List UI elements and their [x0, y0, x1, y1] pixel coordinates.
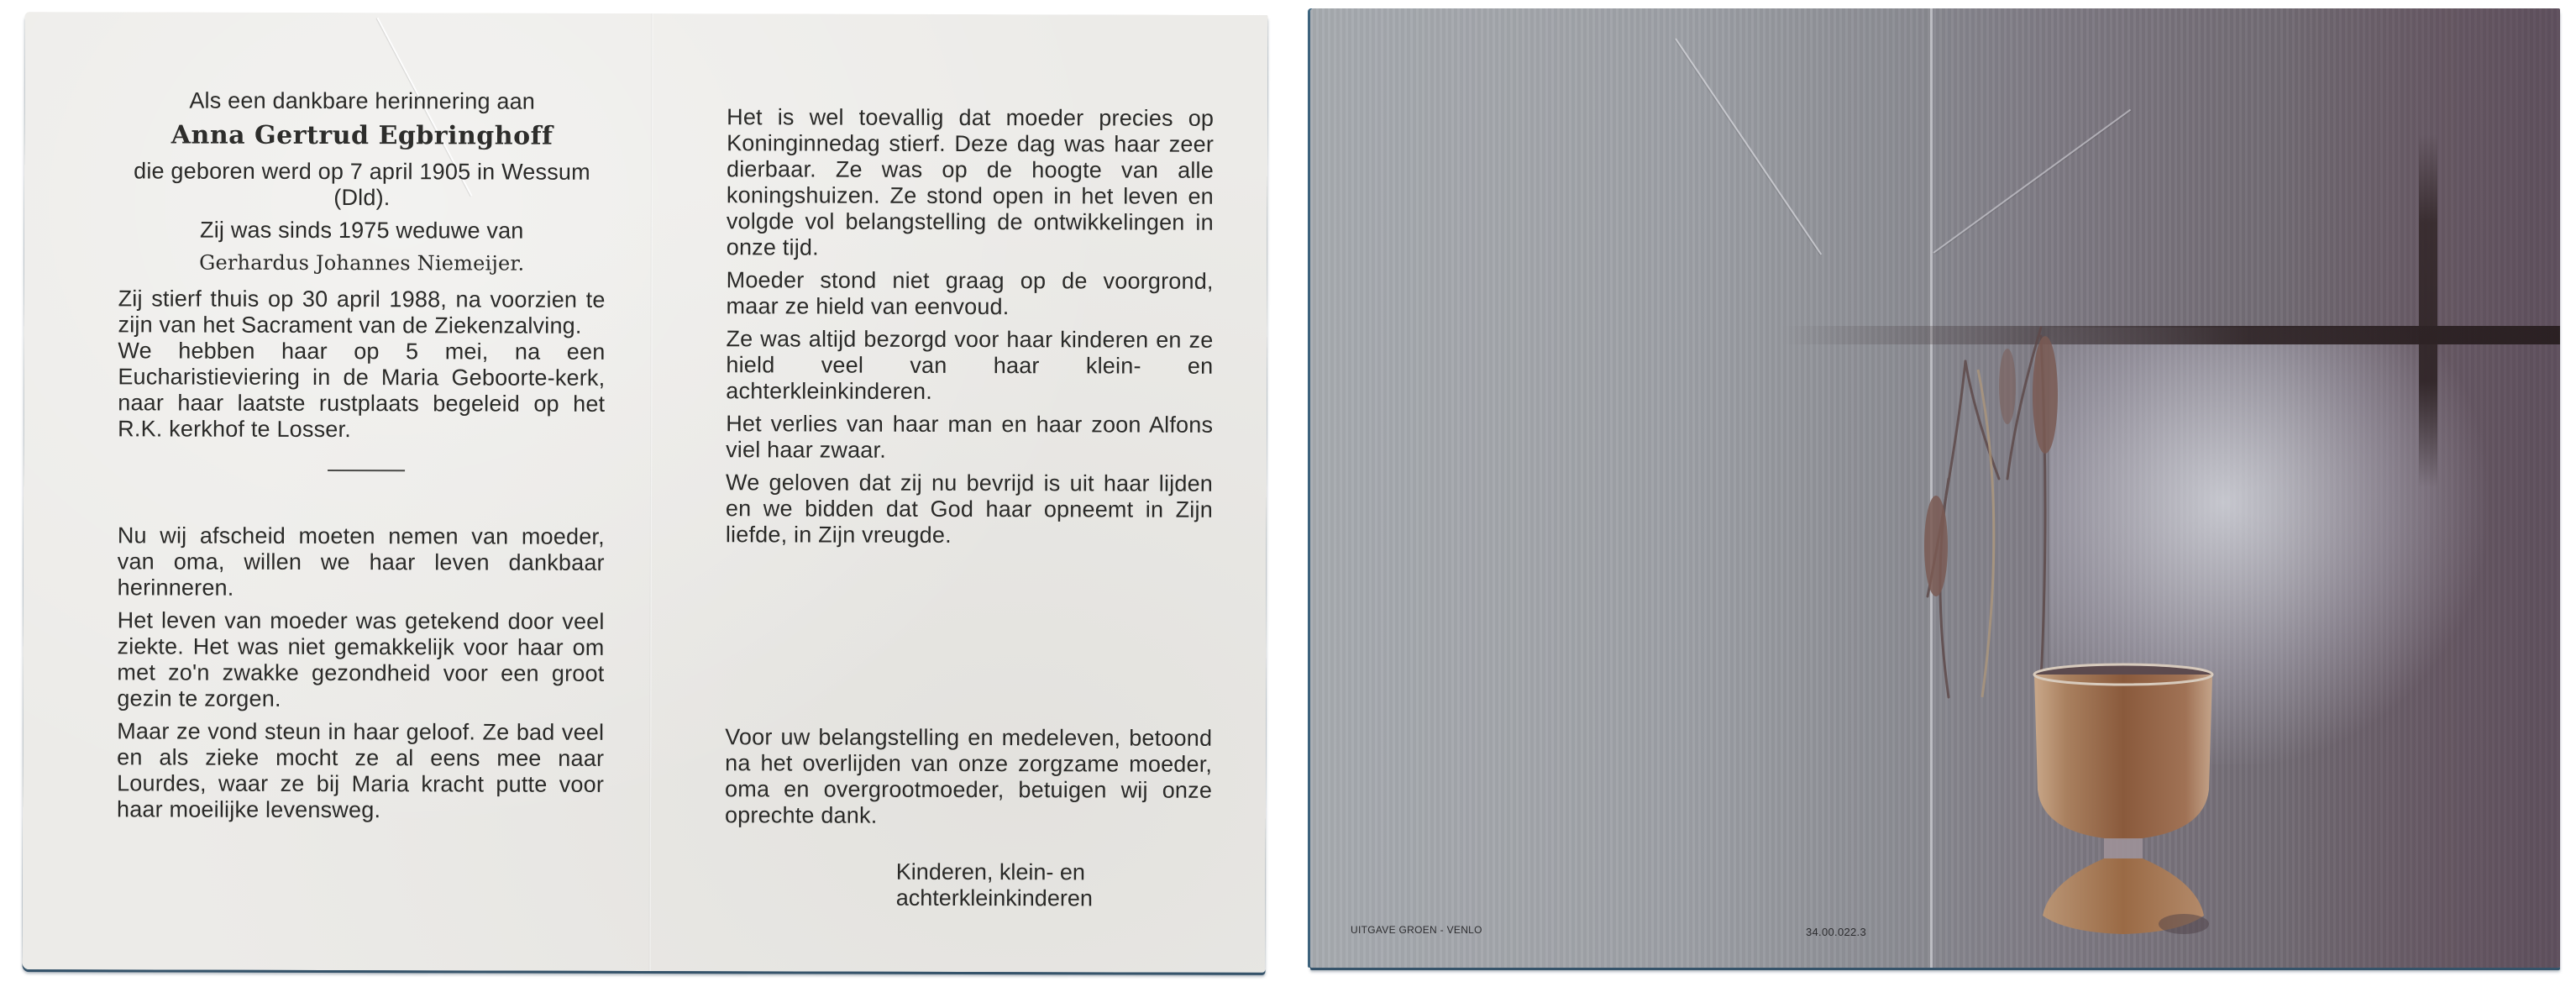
birth-text: die geboren werd op 7 april 1905 in Wess…: [118, 158, 606, 212]
intro-text: Als een dankbare herinnering aan: [118, 87, 606, 115]
signature-line: achterkleinkinderen: [896, 885, 1093, 912]
paragraph: Maar ze vond steun in haar geloof. Ze ba…: [117, 718, 604, 824]
paragraph: Ze was altijd bezorgd voor haar kinderen…: [726, 326, 1213, 406]
spouse-name: Gerhardus Johannes Niemeijer.: [118, 249, 606, 277]
right-column: Het is wel toevallig dat moeder precies …: [726, 104, 1214, 556]
paragraph: Het leven van moeder was getekend door v…: [117, 607, 604, 713]
publisher-imprint: UITGAVE GROEN - VENLO: [1351, 924, 1482, 936]
death-text: Zij stierf thuis op 30 april 1988, na vo…: [118, 286, 605, 339]
memorial-card-inside: Als een dankbare herinnering aan Anna Ge…: [23, 12, 1268, 973]
memorial-card-cover: UITGAVE GROEN - VENLO 34.00.022.3: [1310, 8, 2560, 968]
chalice-wheat-icon: [1310, 8, 2560, 968]
paragraph: Het verlies van haar man en haar zoon Al…: [726, 411, 1213, 465]
card-fold-line: [649, 13, 653, 971]
paragraph: Nu wij afscheid moeten nemen van moeder,…: [118, 522, 605, 602]
paragraph: Het is wel toevallig dat moeder precies …: [727, 104, 1214, 262]
paragraph: We geloven dat zij nu bevrijd is uit haa…: [726, 470, 1213, 549]
widow-text: Zij was sinds 1975 weduwe van: [118, 217, 606, 244]
article-number: 34.00.022.3: [1806, 926, 1866, 938]
section-divider: [328, 470, 405, 471]
funeral-text: We hebben haar op 5 mei, na een Eucharis…: [118, 338, 605, 444]
paragraph: Moeder stond niet graag op de voorgrond,…: [727, 267, 1214, 321]
signature: Kinderen, klein- en achterkleinkinderen: [896, 859, 1093, 912]
thanks-paragraph: Voor uw belangstelling en medeleven, bet…: [725, 724, 1212, 830]
left-column: Als een dankbare herinnering aan Anna Ge…: [117, 87, 606, 831]
signature-line: Kinderen, klein- en: [896, 859, 1093, 886]
deceased-name: Anna Gertrud Egbringhoff: [118, 122, 606, 150]
thanks-text: Voor uw belangstelling en medeleven, bet…: [725, 724, 1212, 837]
